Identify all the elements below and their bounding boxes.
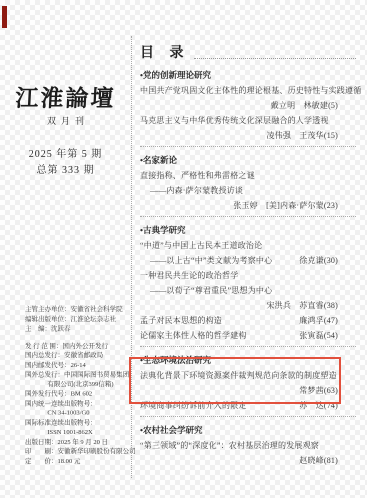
imprint-line: 印 刷：安徽新华印刷股份有限公司: [25, 447, 132, 457]
imprint-line: 有限公司(北京399信箱): [25, 380, 132, 390]
imprint-line: 发 行 范 围：国内外公开发行: [25, 341, 132, 351]
journal-title: 江淮論壇: [0, 80, 132, 113]
article-authors: 凌伟强 王茂华(15): [140, 128, 356, 143]
imprint-line: 主管主办单位：安徽省社会科学院: [25, 305, 132, 315]
issue-number: 2025 年第 5 期: [0, 145, 131, 160]
article-authors: 戴立明 林敏建(5): [140, 98, 356, 113]
article-title: 直接指称、严格性和弗雷格之谜: [140, 168, 356, 183]
article-authors: 宋洪兵 苏直睿(38): [140, 298, 356, 313]
article-title: 马克思主义与中华优秀传统文化深层融合的人学透视: [140, 113, 356, 128]
imprint-line: CN 34-1003/G0: [25, 409, 132, 419]
article-row: 孟子对民本思想的构造廉鸿孚(47): [140, 313, 356, 328]
imprint-line: 定 价：18.00 元: [25, 457, 132, 467]
imprint-line: 出版日期：2025 年 9 月 20 日: [25, 437, 132, 447]
article-title: “中道”与中国上古民本王道政治论: [140, 238, 356, 253]
section-header: •农村社会学研究: [140, 422, 356, 438]
toc-section: •农村社会学研究“第三领域”的“深度化”：农村基层治理的发展观察赵晓峰(81): [140, 417, 356, 468]
article-title: “第三领域”的“深度化”：农村基层治理的发展观察: [140, 438, 356, 453]
article-authors: 苏 达(74): [299, 398, 356, 413]
imprint-line: 国外发行代号：BM 602: [25, 389, 132, 399]
article-authors: 廉鸿孚(47): [299, 313, 356, 328]
article-subtitle: ——内森·萨尔蒙教授访谈: [140, 183, 356, 198]
toc-section: •生态环境法治研究法典化背景下环境资源案件裁判规范向条款的制度塑造常梦茜(63)…: [140, 347, 356, 413]
article-title: 环境商事纠纷诉前介入的限定: [140, 398, 247, 413]
article-row: 环境商事纠纷诉前介入的限定苏 达(74): [140, 398, 356, 413]
section-header: •党的创新理论研究: [140, 67, 356, 83]
article-row: 论儒家主体性人格的哲学建构张寅磊(54): [140, 328, 356, 343]
article-title: 论儒家主体性人格的哲学建构: [140, 328, 247, 343]
article-authors: 徐克谦(30): [299, 253, 356, 268]
imprint-line: ISSN 1001-862X: [25, 428, 132, 438]
issue-total-number: 总第 333 期: [0, 161, 131, 176]
article-authors: 张玉婷 [美]内森·萨尔蒙(23): [140, 198, 356, 213]
article-subtitle: ——以荀子“尊君重民”思想为中心: [140, 283, 356, 298]
imprint-line: 国内邮发代号：26-14: [25, 360, 132, 370]
section-header: •古典学研究: [140, 222, 356, 238]
article-title: 法典化背景下环境资源案件裁判规范向条款的制度塑造: [140, 368, 356, 383]
section-header: •名家新论: [140, 152, 356, 168]
toc-sections: •党的创新理论研究中国共产党巩固文化主体性的理论根基、历史特性与实践遵循戴立明 …: [140, 62, 356, 468]
article-title: 一种君民共生论的政治哲学: [140, 268, 356, 283]
toc-title: 目 录: [140, 42, 190, 62]
article-authors: 张寅磊(54): [299, 328, 356, 343]
column-divider: [131, 36, 132, 478]
imprint-line: 国内统一连续出版物号：: [25, 399, 132, 409]
imprint-line: 编辑出版单位：江淮论坛杂志社: [25, 315, 132, 325]
article-row: ——以上古“中”类文献为考察中心徐克谦(30): [140, 253, 356, 268]
imprint-line: 国际标准连续出版物号：: [25, 418, 132, 428]
section-header: •生态环境法治研究: [140, 352, 356, 368]
toc-title-row: 目 录: [140, 34, 356, 62]
imprint-block: 主管主办单位：安徽省社会科学院编辑出版单位：江淮论坛杂志社主 编：沈跃春发 行 …: [25, 305, 132, 466]
toc-section: •古典学研究“中道”与中国上古民本王道政治论——以上古“中”类文献为考察中心徐克…: [140, 217, 356, 343]
journal-toc-page: 江淮論壇 双月刊 2025 年第 5 期 总第 333 期 主管主办单位：安徽省…: [0, 0, 367, 498]
toc-title-rule: [194, 57, 357, 59]
toc-section: •名家新论直接指称、严格性和弗雷格之谜——内森·萨尔蒙教授访谈张玉婷 [美]内森…: [140, 147, 356, 213]
toc-section: •党的创新理论研究中国共产党巩固文化主体性的理论根基、历史特性与实践遵循戴立明 …: [140, 62, 356, 143]
article-title: 中国共产党巩固文化主体性的理论根基、历史特性与实践遵循: [140, 83, 356, 98]
imprint-line: 主 编：沈跃春: [25, 324, 132, 334]
imprint-line: 国内总发行：安徽省邮政局: [25, 351, 132, 361]
article-title: 孟子对民本思想的构造: [140, 313, 222, 328]
journal-info-column: 江淮論壇 双月刊 2025 年第 5 期 总第 333 期 主管主办单位：安徽省…: [0, 0, 131, 498]
article-subtitle: ——以上古“中”类文献为考察中心: [140, 253, 272, 268]
article-authors: 赵晓峰(81): [140, 453, 356, 468]
table-of-contents: 目 录 •党的创新理论研究中国共产党巩固文化主体性的理论根基、历史特性与实践遵循…: [140, 34, 356, 468]
imprint-line: 国外总发行：中国国际图书贸易集团: [25, 370, 132, 380]
article-authors: 常梦茜(63): [140, 383, 356, 398]
journal-subtitle: 双月刊: [0, 114, 131, 127]
